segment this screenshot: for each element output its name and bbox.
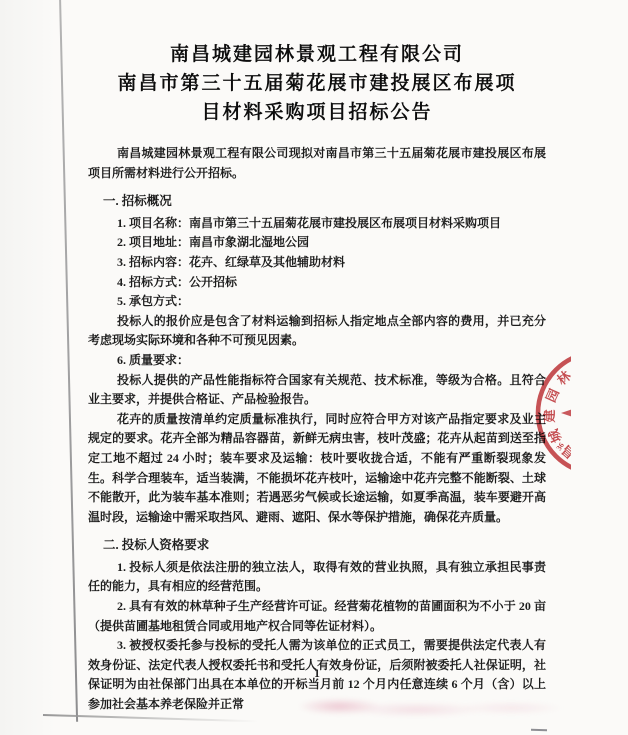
- body-paragraph: 3. 招标内容：花卉、红绿草及其他辅助材料: [88, 253, 546, 273]
- paper-edge-left: [59, 0, 78, 722]
- body-paragraph: 南昌城建园林景观工程有限公司现拟对南昌市第三十五届菊花展市建投展区布展项目所需材…: [88, 144, 546, 183]
- document-body: 南昌城建园林景观工程有限公司现拟对南昌市第三十五届菊花展市建投展区布展项目所需材…: [88, 144, 546, 715]
- page-number: 1: [88, 668, 546, 680]
- body-paragraph: 1. 项目名称：南昌市第三十五届菊花展市建投展区布展项目材料采购项目: [88, 214, 546, 234]
- page-title-line: 南昌市第三十五届菊花展市建投展区布展项: [88, 69, 546, 98]
- body-paragraph: 2. 项目地址：南昌市象湖北湿地公园: [88, 233, 546, 253]
- document-title: 南昌城建园林景观工程有限公司 南昌市第三十五届菊花展市建投展区布展项 目材料采购…: [88, 40, 546, 127]
- body-paragraph: 2. 具有有效的林草种子生产经营许可证。经营菊花植物的苗圃面积为不小于 20 亩…: [88, 597, 546, 636]
- body-paragraph: 4. 招标方式：公开招标: [88, 273, 546, 293]
- scanner-margin: [0, 0, 56, 735]
- body-paragraph: 5. 承包方式：: [88, 292, 546, 312]
- body-paragraph: 投标人的报价应是包含了材料运输到招标人指定地点全部内容的费用，并已充分考虑现场实…: [88, 312, 546, 351]
- body-paragraph: 花卉的质量按清单约定质量标准执行，同时应符合甲方对该产品指定要求及业主规定的要求…: [88, 410, 546, 528]
- page-title-line: 南昌城建园林景观工程有限公司: [88, 40, 546, 69]
- body-paragraph: 6. 质量要求：: [88, 351, 546, 371]
- page-title-line: 目材料采购项目招标公告: [88, 98, 546, 127]
- company-seal: 南昌城建园林景 36: [534, 347, 571, 480]
- section-heading: 一. 招标概况: [88, 192, 546, 212]
- paper-edge-dash: [531, 729, 547, 732]
- seal-graphic: 南昌城建园林景 36: [534, 347, 571, 480]
- document-page: 南昌城建园林景观工程有限公司 南昌市第三十五届菊花展市建投展区布展项 目材料采购…: [88, 40, 546, 715]
- body-paragraph: 1. 投标人须是依法注册的独立法人，取得有效的营业执照，具有独立承担民事责任的能…: [88, 558, 546, 597]
- body-paragraph: 投标人提供的产品性能指标符合国家有关规范、技术标准，等级为合格。且符合业主要求，…: [88, 371, 546, 410]
- section-heading: 二. 投标人资格要求: [88, 536, 546, 556]
